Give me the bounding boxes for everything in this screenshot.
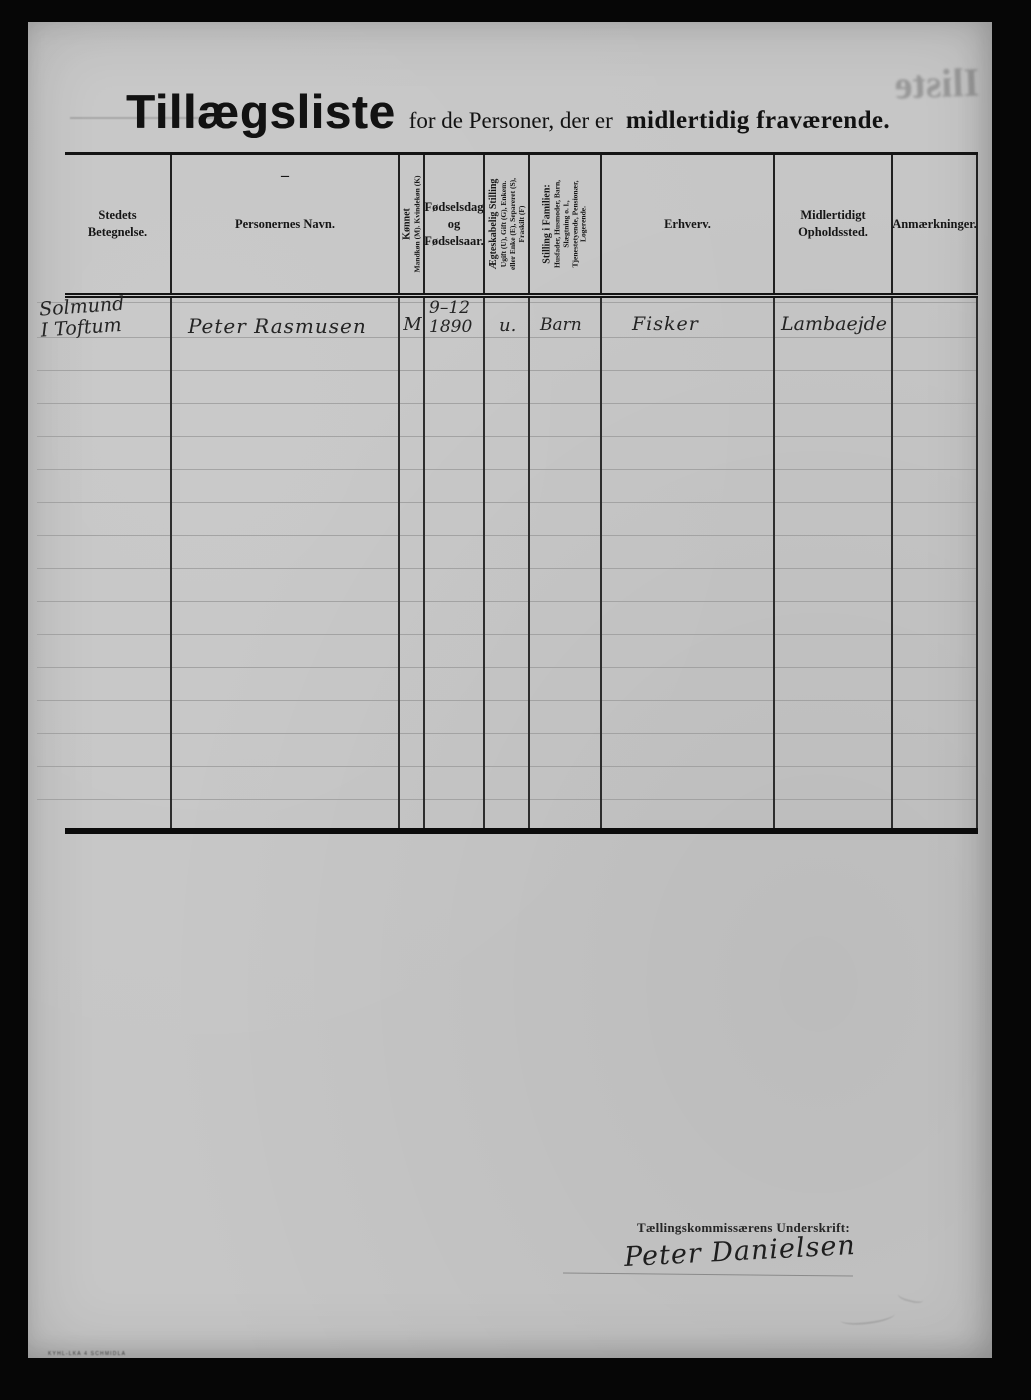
header-sublabel: Logerende. [580,180,589,268]
header-stilling-i-familien: Stilling i Familien: Husfader, Husmoder,… [530,155,602,293]
census-form-page: Iliste Tillægsliste for de Personer, der… [28,22,992,1358]
header-personernes-navn: – Personernes Navn. [172,155,400,293]
header-foedselsdag: Fødselsdag og Fødselsaar. [425,155,485,293]
header-label: Betegnelse. [88,224,147,241]
header-label: Fødselsaar. [424,233,484,250]
header-sublabel: Mandkøn (M). Kvindekøn (K) [413,175,422,272]
body-column-navn [172,298,400,828]
header-stedets-betegnelse: Stedets Betegnelse. [65,155,172,293]
header-anmaerkninger: Anmærkninger. [893,155,978,293]
pencil-squiggle [839,1307,895,1328]
header-label: Kønnet [401,175,413,272]
body-column-koennet [400,298,425,828]
title-subtext: for de Personer, der er [409,108,613,134]
table-body-columns [65,298,978,828]
header-sublabel: Fraskilt (F) [517,178,526,270]
body-column-anmaerkninger [893,298,978,828]
body-column-opholdssted [775,298,893,828]
census-table: Stedets Betegnelse. – Personernes Navn. … [65,152,978,834]
header-label: Fødselsdag [424,199,483,216]
header-label: Stedets [98,207,136,224]
body-column-stedets [65,298,172,828]
body-column-foedsel [425,298,485,828]
title-emphasis: midlertidig fraværende. [626,107,890,135]
body-column-aegteskabelig [485,298,530,828]
header-midlertidigt-opholdssted: Midlertidigt Opholdssted. [775,155,893,293]
header-label: Personernes Navn. [235,216,335,233]
header-aegteskabelig-stilling: Ægteskabelig Stilling Ugift (U), Gift (G… [485,155,530,293]
vertical-header-text: Ægteskabelig Stilling Ugift (U), Gift (G… [487,178,525,270]
pencil-squiggle [897,1287,925,1305]
header-koennet: Kønnet Mandkøn (M). Kvindekøn (K) [400,155,425,293]
body-column-stilling [530,298,602,828]
signature-underline [563,1272,853,1276]
header-erhverv: Erhverv. [602,155,775,293]
vertical-header-text: Stilling i Familien: Husfader, Husmoder,… [541,180,588,268]
body-column-erhverv [602,298,775,828]
header-label: Opholdssted. [798,224,868,241]
table-body: Solmund I Toftum Peter Rasmusen M 9–12 1… [65,298,978,834]
header-label: og [448,216,461,233]
header-sublabel: Ugift (U), Gift (G), Enkem. [499,178,508,270]
header-label: Erhverv. [664,216,711,233]
signature-handwriting: Peter Danielsen [623,1230,856,1273]
title-main: Tillægsliste [126,84,396,139]
header-sublabel: eller Enke (E), Separeret (S), [508,178,517,270]
vertical-header-text: Kønnet Mandkøn (M). Kvindekøn (K) [401,175,422,272]
printer-imprint: KYHL-LKA 4 SCHMIDLA [48,1351,126,1357]
header-label: Midlertidigt [800,207,865,224]
page-title: Tillægsliste for de Personer, der er mid… [126,84,890,139]
table-header-row: Stedets Betegnelse. – Personernes Navn. … [65,152,978,298]
header-label: Ægteskabelig Stilling [487,178,499,270]
header-label: Anmærkninger. [892,216,977,233]
dash-mark: – [281,167,289,185]
